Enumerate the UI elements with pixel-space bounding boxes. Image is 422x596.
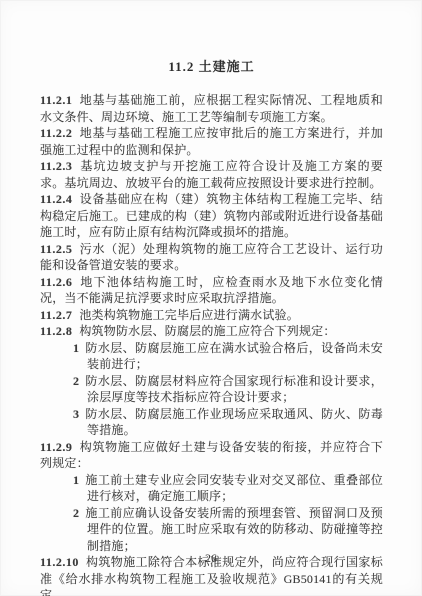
clause-number: 11.2.5 bbox=[40, 242, 72, 256]
sub-item-11-2-8-3: 3防水层、防腐层施工作业现场应采取通风、防火、防毒等措施。 bbox=[87, 406, 383, 439]
item-number: 1 bbox=[73, 341, 79, 355]
clause-number: 11.2.3 bbox=[40, 159, 72, 173]
clause-11-2-5: 11.2.5污水（泥）处理构筑物的施工应符合工艺设计、运行功能和设备管道安装的要… bbox=[40, 241, 383, 274]
clause-11-2-2: 11.2.2地基与基础工程施工应按审批后的施工方案进行，并加强施工过程中的监测和… bbox=[40, 125, 383, 158]
section-title: 11.2 土建施工 bbox=[40, 56, 383, 75]
page-number: 26 bbox=[0, 551, 422, 566]
item-number: 1 bbox=[73, 473, 79, 487]
item-text: 防水层、防腐层施工作业现场应采取通风、防火、防毒等措施。 bbox=[85, 407, 383, 438]
clause-text: 地下池体结构施工时，应检查雨水及地下水位变化情况，当不能满足抗浮要求时应采取抗浮… bbox=[40, 275, 383, 306]
document-page: 11.2 土建施工 11.2.1地基与基础施工前，应根据工程实际情况、工程地质和… bbox=[0, 0, 422, 596]
clause-11-2-6: 11.2.6地下池体结构施工时，应检查雨水及地下水位变化情况，当不能满足抗浮要求… bbox=[40, 274, 383, 307]
clause-number: 11.2.6 bbox=[40, 275, 72, 289]
clause-number: 11.2.1 bbox=[40, 93, 72, 107]
item-text: 施工前土建专业应会同安装专业对交叉部位、重叠部位进行核对，确定施工顺序； bbox=[85, 473, 383, 504]
clause-text: 基坑边坡支护与开挖施工应符合设计及施工方案的要求。基坑周边、放坡平台的施工载荷应… bbox=[40, 159, 383, 190]
clause-11-2-8: 11.2.8构筑物防水层、防腐层的施工应符合下列规定： bbox=[40, 323, 383, 340]
clause-11-2-1: 11.2.1地基与基础施工前，应根据工程实际情况、工程地质和水文条件、周边环境、… bbox=[40, 92, 383, 125]
clause-number: 11.2.4 bbox=[40, 192, 72, 206]
clause-number: 11.2.9 bbox=[40, 440, 72, 454]
clause-text: 构筑物施工应做好土建与设备安装的衔接，并应符合下列规定： bbox=[40, 440, 383, 471]
clause-text: 地基与基础施工前，应根据工程实际情况、工程地质和水文条件、周边环境、施工工艺等编… bbox=[40, 93, 383, 124]
clause-11-2-4: 11.2.4设备基础应在构（建）筑物主体结构工程施工完毕、结构稳定后施工。已建成… bbox=[40, 191, 383, 241]
clause-number: 11.2.7 bbox=[40, 308, 72, 322]
sub-item-11-2-9-1: 1施工前土建专业应会同安装专业对交叉部位、重叠部位进行核对，确定施工顺序； bbox=[87, 472, 383, 505]
clause-text: 地基与基础工程施工应按审批后的施工方案进行，并加强施工过程中的监测和保护。 bbox=[40, 126, 383, 157]
clause-11-2-9: 11.2.9构筑物施工应做好土建与设备安装的衔接，并应符合下列规定： bbox=[40, 439, 383, 472]
clause-text: 构筑物防水层、防腐层的施工应符合下列规定： bbox=[79, 324, 335, 338]
item-number: 2 bbox=[73, 506, 79, 520]
clause-11-2-7: 11.2.7池类构筑物施工完毕后应进行满水试验。 bbox=[40, 307, 383, 324]
item-number: 3 bbox=[73, 407, 79, 421]
sub-item-11-2-9-2: 2施工前应确认设备安装所需的预埋套管、预留洞口及预埋件的位置。施工时应采取有效的… bbox=[87, 505, 383, 555]
sub-item-11-2-8-2: 2防水层、防腐层材料应符合国家现行标准和设计要求，涂层厚度等技术指标应符合设计要… bbox=[87, 373, 383, 406]
clause-11-2-3: 11.2.3基坑边坡支护与开挖施工应符合设计及施工方案的要求。基坑周边、放坡平台… bbox=[40, 158, 383, 191]
sub-item-11-2-8-1: 1防水层、防腐层施工应在满水试验合格后，设备尚未安装前进行； bbox=[87, 340, 383, 373]
clause-number: 11.2.8 bbox=[40, 324, 72, 338]
item-text: 防水层、防腐层材料应符合国家现行标准和设计要求，涂层厚度等技术指标应符合设计要求… bbox=[85, 374, 383, 405]
clause-text: 设备基础应在构（建）筑物主体结构工程施工完毕、结构稳定后施工。已建成的构（建）筑… bbox=[40, 192, 383, 239]
clause-text: 污水（泥）处理构筑物的施工应符合工艺设计、运行功能和设备管道安装的要求。 bbox=[40, 242, 383, 273]
item-number: 2 bbox=[73, 374, 79, 388]
item-text: 施工前应确认设备安装所需的预埋套管、预留洞口及预埋件的位置。施工时应采取有效的防… bbox=[85, 506, 383, 553]
document-body: 11.2 土建施工 11.2.1地基与基础施工前，应根据工程实际情况、工程地质和… bbox=[40, 56, 383, 596]
clause-text: 池类构筑物施工完毕后应进行满水试验。 bbox=[79, 308, 299, 322]
clause-number: 11.2.2 bbox=[40, 126, 72, 140]
item-text: 防水层、防腐层施工应在满水试验合格后，设备尚未安装前进行； bbox=[85, 341, 383, 372]
